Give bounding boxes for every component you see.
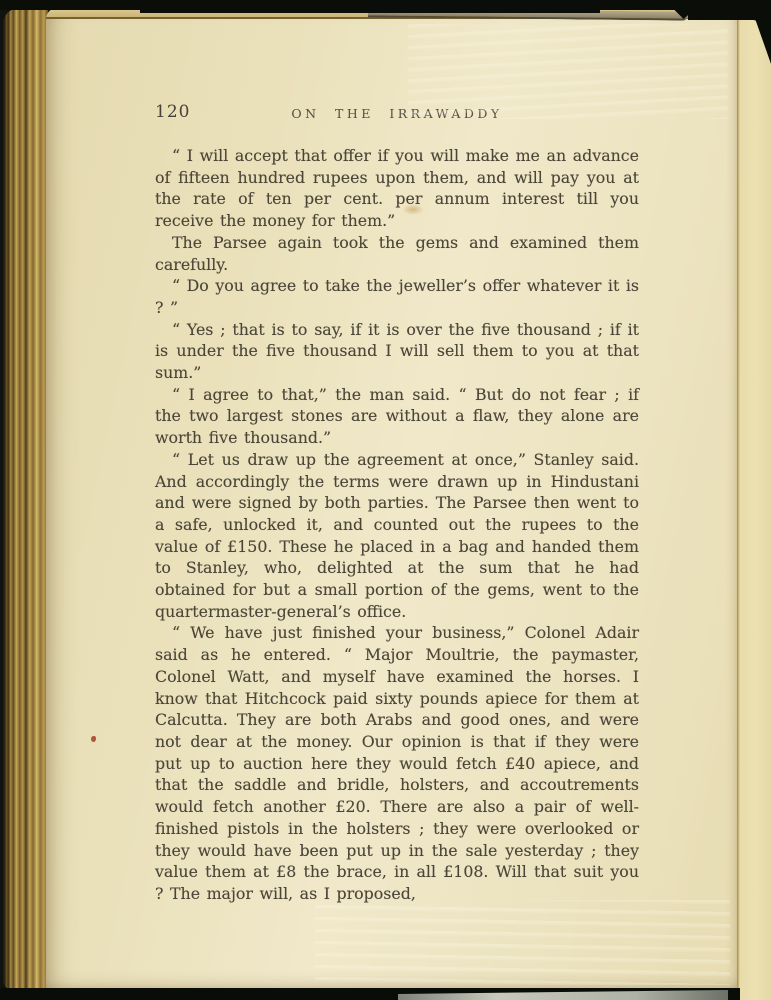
paragraph: The Parsee again took the gems and exami… [155, 232, 639, 275]
paragraph: “ I agree to that,” the man said. “ But … [155, 384, 639, 449]
underlying-page-right-edge [735, 8, 771, 1000]
paper-curvature-sheen-top [408, 24, 728, 119]
paper-curvature-sheen-bottom [315, 900, 730, 985]
page-body-text: “ I will accept that offer if you will m… [155, 145, 639, 905]
paragraph: “ We have just finished your business,” … [155, 622, 639, 904]
top-shadow-band-middle [140, 0, 600, 13]
paragraph: “ Let us draw up the agreement at once,”… [155, 449, 639, 623]
foxing-smudge [402, 204, 424, 215]
paragraph: “ Do you agree to take the jeweller’s of… [155, 275, 639, 318]
paragraph: “ Yes ; that is to say, if it is over th… [155, 319, 639, 384]
book-page: 120 ON THE IRRAWADDY “ I will accept tha… [46, 8, 737, 989]
paragraph: “ I will accept that offer if you will m… [155, 145, 639, 232]
gilt-page-edge-stack [3, 8, 48, 990]
